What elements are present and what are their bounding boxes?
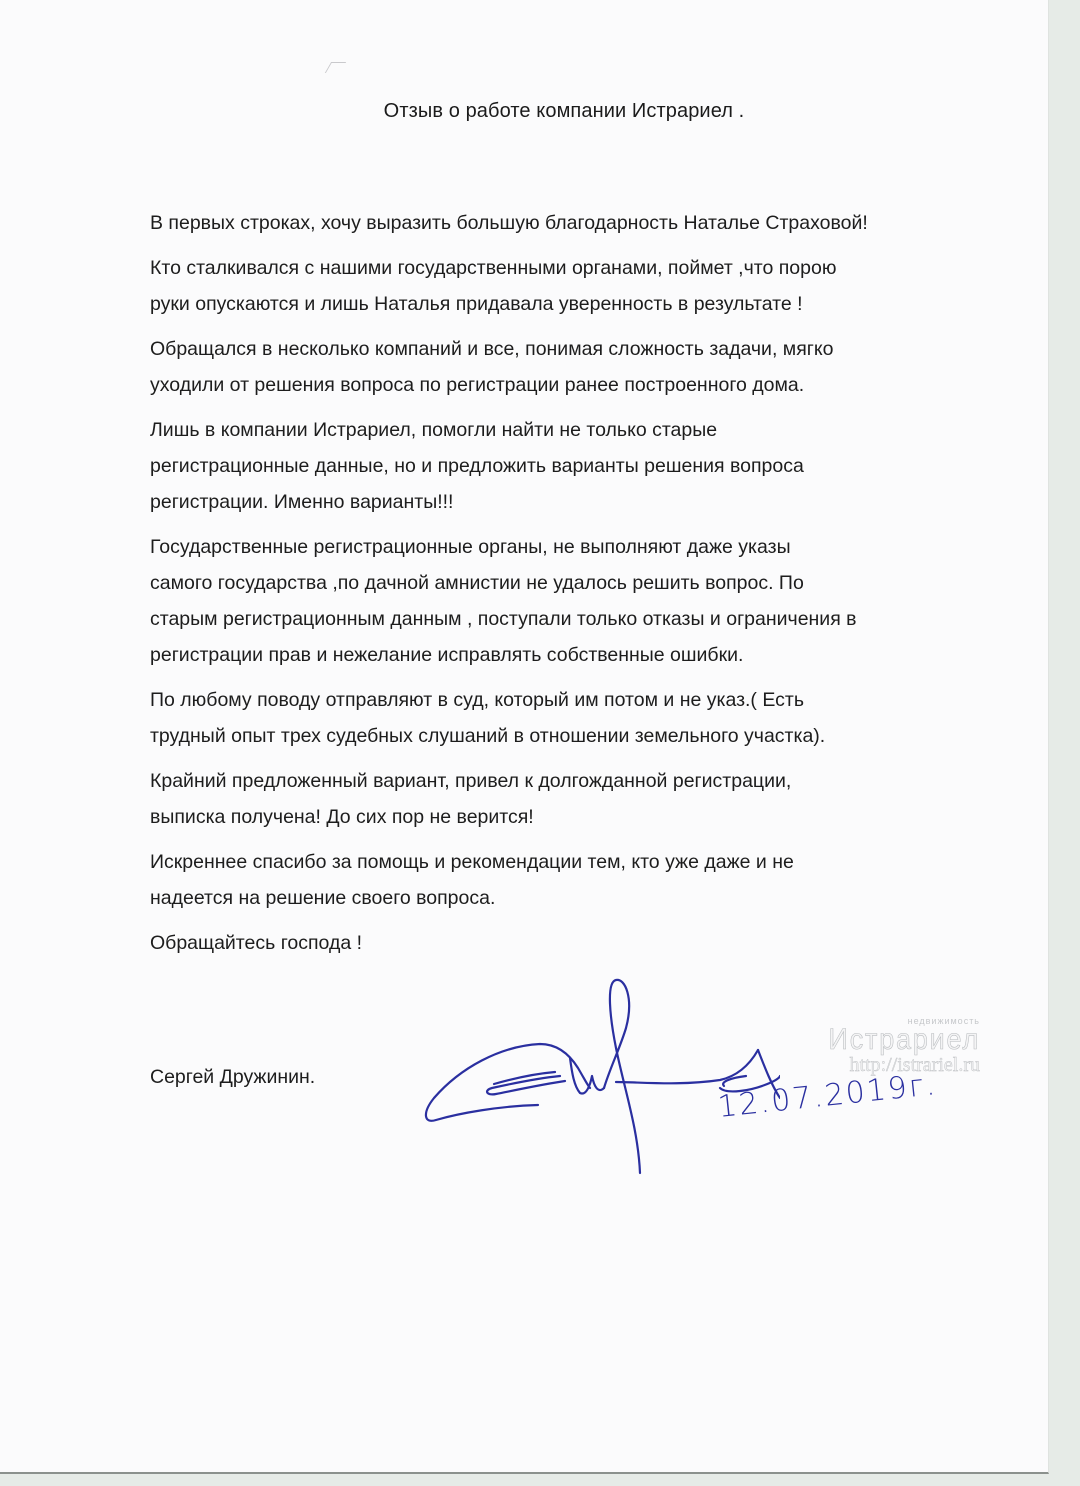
text-line: регистрации. Именно варианты!!! [150,484,980,520]
paragraph-gratitude: В первых строках, хочу выразить большую … [150,205,980,241]
text-line: По любому поводу отправляют в суд, котор… [150,682,980,718]
paragraph-result: Крайний предложенный вариант, привел к д… [150,763,980,835]
paragraph-registration-bodies: Государственные регистрационные органы, … [150,529,980,673]
text-line: Лишь в компании Истрариел, помогли найти… [150,412,980,448]
text-line: В первых строках, хочу выразить большую … [150,205,980,241]
text-line: трудный опыт трех судебных слушаний в от… [150,718,980,754]
text-line: выписка получена! До сих пор не верится! [150,799,980,835]
handwritten-signature-icon [420,968,780,1178]
text-line: Крайний предложенный вариант, привел к д… [150,763,980,799]
paragraph-istrariel-help: Лишь в компании Истрариел, помогли найти… [150,412,980,520]
company-watermark: недвижимость Истрариел http://istrariel.… [790,1016,980,1076]
text-line: Кто сталкивался с нашими государственным… [150,250,980,286]
paragraph-court: По любому поводу отправляют в суд, котор… [150,682,980,754]
text-line: старым регистрационным данным , поступал… [150,601,980,637]
paragraph-closing: Обращайтесь господа ! [150,925,980,961]
scan-artifact-mark [325,62,346,73]
text-line: уходили от решения вопроса по регистраци… [150,367,980,403]
text-line: руки опускаются и лишь Наталья придавала… [150,286,980,322]
text-line: самого государства ,по дачной амнистии н… [150,565,980,601]
scanned-letter-page: Отзыв о работе компании Истрариел . В пе… [0,0,1049,1474]
watermark-url: http://istrariel.ru [790,1054,980,1076]
watermark-brand: Истрариел [809,1026,980,1054]
text-line: Искреннее спасибо за помощь и рекомендац… [150,844,980,880]
text-line: Обращайтесь господа ! [150,925,980,961]
text-line: Обращался в несколько компаний и все, по… [150,331,980,367]
letter-title: Отзыв о работе компании Истрариел . [0,100,1080,123]
paragraph-state-agencies: Кто сталкивался с нашими государственным… [150,250,980,322]
text-line: надеется на решение своего вопроса. [150,880,980,916]
paragraph-thanks: Искреннее спасибо за помощь и рекомендац… [150,844,980,916]
author-name: Сергей Дружинин. [150,1066,315,1089]
text-line: регистрации прав и нежелание исправлять … [150,637,980,673]
letter-body: В первых строках, хочу выразить большую … [150,205,980,970]
paragraph-other-companies: Обращался в несколько компаний и все, по… [150,331,980,403]
text-line: регистрационные данные, но и предложить … [150,448,980,484]
text-line: Государственные регистрационные органы, … [150,529,980,565]
